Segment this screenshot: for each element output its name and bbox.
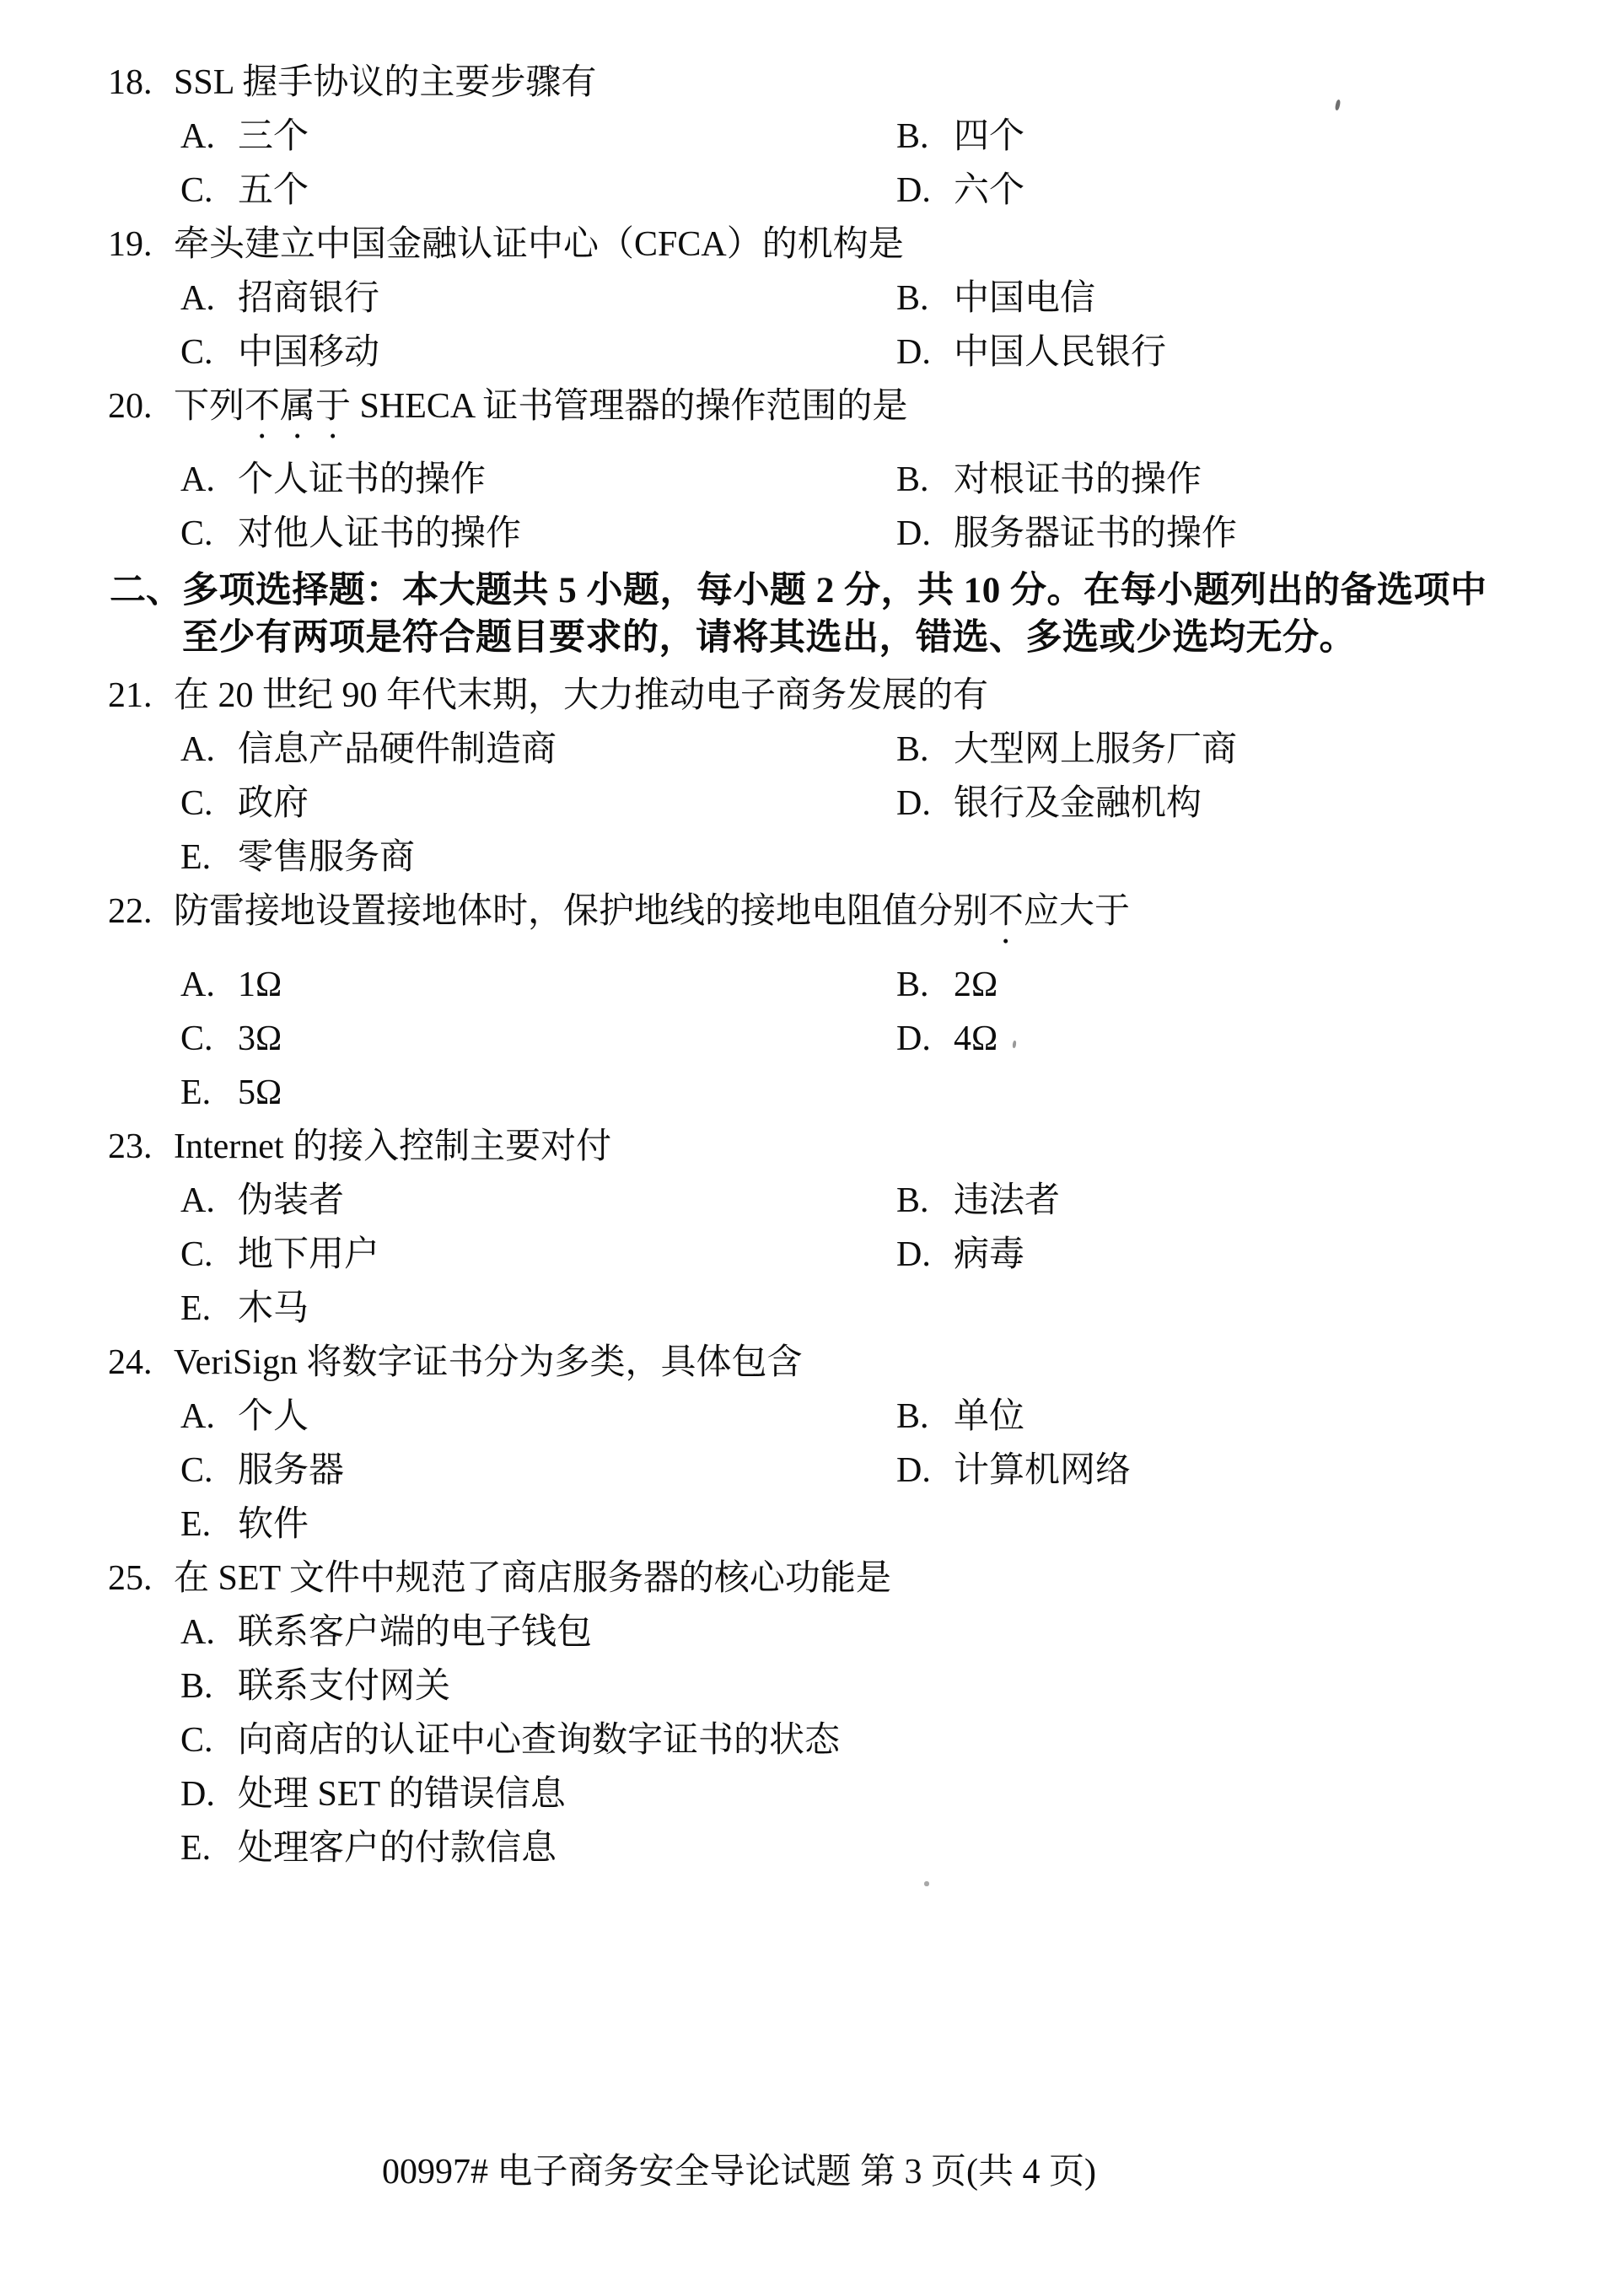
question-text-part: 不属于 [245,387,351,426]
question-line: 18.SSL 握手协议的主要步骤有 [108,62,1624,103]
option-letter: D. [896,170,954,211]
question-text-part: 牵头建立中国金融认证中心（CFCA）的机构是 [174,225,904,264]
option-row: C.地下用户D.病毒 [180,1234,1624,1275]
page-footer: 00997# 电子商务安全导论试题 第 3 页(共 4 页) [382,2152,1096,2192]
option-row: C.五个D.六个 [180,170,1624,211]
question-text-part: VeriSign 将数字证书分为多类，具体包含 [174,1343,803,1382]
option-letter: A. [180,1181,238,1221]
option: D.银行及金融机构 [896,783,1202,824]
option-text: 信息产品硬件制造商 [238,729,557,770]
question-line: 24.VeriSign 将数字证书分为多类，具体包含 [108,1342,1624,1383]
option-letter: E. [180,1073,238,1113]
option-text: 处理 SET 的错误信息 [238,1774,566,1815]
option-row: A.联系客户端的电子钱包 [180,1612,1624,1653]
question-text: VeriSign 将数字证书分为多类，具体包含 [174,1342,1624,1383]
option-text: 个人证书的操作 [238,460,486,500]
option-letter: C. [180,1019,238,1059]
option-row: A.招商银行B.中国电信 [180,278,1624,319]
option-row: C.对他人证书的操作D.服务器证书的操作 [180,514,1624,554]
option: C.服务器 [180,1450,896,1491]
option-letter: C. [180,332,238,373]
question-text-part: 不 [988,892,1024,931]
option-letter: B. [896,460,954,500]
option-text: 银行及金融机构 [954,783,1202,824]
question-group-single-choice: 18.SSL 握手协议的主要步骤有A.三个B.四个C.五个D.六个19.牵头建立… [0,62,1624,554]
question-line: 23.Internet 的接入控制主要对付 [108,1127,1624,1167]
option-text: 1Ω [238,965,282,1005]
option: D.六个 [896,170,1024,211]
option-text: 计算机网络 [954,1450,1131,1491]
option: A.招商银行 [180,278,896,319]
question-block: 24.VeriSign 将数字证书分为多类，具体包含A.个人B.单位C.服务器D… [0,1342,1624,1545]
option-letter: B. [896,278,954,319]
section-number: 二、 [110,567,182,662]
option-text: 中国移动 [238,332,379,373]
option-letter: B. [896,965,954,1005]
option-row: C.向商店的认证中心查询数字证书的状态 [180,1720,1624,1761]
option-text: 个人 [238,1396,309,1437]
option: D.服务器证书的操作 [896,514,1237,554]
option-letter: C. [180,783,238,824]
option-letter: C. [180,1450,238,1491]
question-text-part: 防雷接地设置接地体时，保护地线的接地电阻值分别 [174,892,988,931]
question-text-part: 在 20 世纪 90 年代末期，大力推动电子商务发展的有 [174,676,988,715]
option-row: E.5Ω [180,1073,1624,1113]
option-text: 4Ω [954,1019,998,1059]
option-row: E.处理客户的付款信息 [180,1828,1624,1869]
option-letter: A. [180,965,238,1005]
question-text: 在 SET 文件中规范了商店服务器的核心功能是 [174,1558,1624,1599]
option: C.五个 [180,170,896,211]
question-text-part: Internet 的接入控制主要对付 [174,1127,611,1166]
question-block: 25.在 SET 文件中规范了商店服务器的核心功能是A.联系客户端的电子钱包B.… [0,1558,1624,1869]
option-letter: B. [180,1666,238,1707]
option-row: B.联系支付网关 [180,1666,1624,1707]
question-line: 19.牵头建立中国金融认证中心（CFCA）的机构是 [108,224,1624,265]
question-text: 下列不属于 SHECA 证书管理器的操作范围的是 [174,386,1624,446]
option: A.个人证书的操作 [180,460,896,500]
option: B.违法者 [896,1181,1060,1221]
option: C.对他人证书的操作 [180,514,896,554]
option-row: A.个人证书的操作B.对根证书的操作 [180,460,1624,500]
option: E.5Ω [180,1073,896,1113]
option-letter: E. [180,837,238,878]
option: C.地下用户 [180,1234,896,1275]
option-text: 中国人民银行 [954,332,1166,373]
option-letter: D. [896,783,954,824]
option-row: A.伪装者B.违法者 [180,1181,1624,1221]
option: A.个人 [180,1396,896,1437]
question-number: 22. [108,891,174,951]
question-number: 20. [108,386,174,446]
option-row: C.服务器D.计算机网络 [180,1450,1624,1491]
option-text: 服务器 [238,1450,344,1491]
option-text: 服务器证书的操作 [954,514,1237,554]
option: D.病毒 [896,1234,1024,1275]
question-text: SSL 握手协议的主要步骤有 [174,62,1624,103]
option-letter: B. [896,1396,954,1437]
option-row: C.3ΩD.4Ω [180,1019,1624,1059]
scan-artifact [924,1881,929,1886]
option-letter: C. [180,514,238,554]
option-text: 三个 [238,116,309,157]
option: B.大型网上服务厂商 [896,729,1237,770]
option-text: 四个 [954,116,1024,157]
option-letter: A. [180,460,238,500]
option: D.处理 SET 的错误信息 [180,1774,566,1815]
option: A.1Ω [180,965,896,1005]
option-text: 对根证书的操作 [954,460,1202,500]
option-text: 五个 [238,170,309,211]
option-text: 政府 [238,783,309,824]
option-text: 2Ω [954,965,998,1005]
section-instructions-line-1: 多项选择题：本大题共 5 小题，每小题 2 分，共 10 分。在每小题列出的备选… [182,567,1582,615]
option-letter: D. [180,1774,238,1815]
question-text-part: 下列 [174,387,245,426]
option-letter: A. [180,1396,238,1437]
question-line: 22.防雷接地设置接地体时，保护地线的接地电阻值分别不应大于 [108,891,1624,951]
option-text: 木马 [238,1288,309,1329]
option-letter: C. [180,170,238,211]
option-text: 对他人证书的操作 [238,514,521,554]
question-line: 21.在 20 世纪 90 年代末期，大力推动电子商务发展的有 [108,675,1624,716]
question-text-part: SHECA 证书管理器的操作范围的是 [351,387,907,426]
option-row: A.信息产品硬件制造商B.大型网上服务厂商 [180,729,1624,770]
question-text-part: SSL 握手协议的主要步骤有 [174,63,596,102]
option-letter: A. [180,278,238,319]
option-row: C.政府D.银行及金融机构 [180,783,1624,824]
option-row: A.1ΩB.2Ω [180,965,1624,1005]
option-letter: D. [896,332,954,373]
option: D.4Ω [896,1019,998,1059]
option-letter: E. [180,1828,238,1869]
option: B.对根证书的操作 [896,460,1202,500]
option-letter: B. [896,1181,954,1221]
question-text: 防雷接地设置接地体时，保护地线的接地电阻值分别不应大于 [174,891,1624,951]
option-text: 地下用户 [238,1234,379,1275]
option-text: 3Ω [238,1019,282,1059]
option-letter: B. [896,729,954,770]
question-number: 21. [108,675,174,716]
option: E.木马 [180,1288,896,1329]
question-number: 23. [108,1127,174,1167]
option-letter: D. [896,1234,954,1275]
option-letter: E. [180,1288,238,1329]
option-text: 病毒 [954,1234,1024,1275]
option-row: A.个人B.单位 [180,1396,1624,1437]
question-block: 19.牵头建立中国金融认证中心（CFCA）的机构是A.招商银行B.中国电信C.中… [0,224,1624,373]
section-2-header: 二、 多项选择题：本大题共 5 小题，每小题 2 分，共 10 分。在每小题列出… [110,567,1582,662]
option-text: 向商店的认证中心查询数字证书的状态 [238,1720,840,1761]
option-row: D.处理 SET 的错误信息 [180,1774,1624,1815]
option: E.处理客户的付款信息 [180,1828,557,1869]
question-text: 牵头建立中国金融认证中心（CFCA）的机构是 [174,224,1624,265]
option-text: 软件 [238,1504,309,1545]
question-line: 20.下列不属于 SHECA 证书管理器的操作范围的是 [108,386,1624,446]
section-instructions-line-2: 至少有两项是符合题目要求的，请将其选出，错选、多选或少选均无分。 [182,615,1582,662]
option-letter: B. [896,116,954,157]
question-text-part: 应大于 [1024,892,1130,931]
option: E.软件 [180,1504,896,1545]
option-text: 5Ω [238,1073,282,1113]
option: B.联系支付网关 [180,1666,450,1707]
question-block: 20.下列不属于 SHECA 证书管理器的操作范围的是A.个人证书的操作B.对根… [0,386,1624,554]
question-number: 25. [108,1558,174,1599]
option: D.中国人民银行 [896,332,1166,373]
option: E.零售服务商 [180,837,896,878]
option: A.伪装者 [180,1181,896,1221]
option: B.中国电信 [896,278,1095,319]
option: B.单位 [896,1396,1024,1437]
option: C.中国移动 [180,332,896,373]
option-row: C.中国移动D.中国人民银行 [180,332,1624,373]
option-letter: A. [180,116,238,157]
option-letter: A. [180,1612,238,1653]
option-letter: E. [180,1504,238,1545]
question-text-part: 在 SET 文件中规范了商店服务器的核心功能是 [174,1559,891,1598]
question-text: 在 20 世纪 90 年代末期，大力推动电子商务发展的有 [174,675,1624,716]
option-text: 伪装者 [238,1181,344,1221]
option-text: 联系支付网关 [238,1666,450,1707]
option: A.信息产品硬件制造商 [180,729,896,770]
question-number: 19. [108,224,174,265]
option: C.向商店的认证中心查询数字证书的状态 [180,1720,840,1761]
option-text: 大型网上服务厂商 [954,729,1237,770]
option-row: E.木马 [180,1288,1624,1329]
question-group-multi-choice: 21.在 20 世纪 90 年代末期，大力推动电子商务发展的有A.信息产品硬件制… [0,675,1624,1869]
option-text: 中国电信 [954,278,1095,319]
option-text: 违法者 [954,1181,1060,1221]
option-text: 处理客户的付款信息 [238,1828,557,1869]
exam-page: 18.SSL 握手协议的主要步骤有A.三个B.四个C.五个D.六个19.牵头建立… [0,0,1624,2275]
option-letter: D. [896,514,954,554]
option-text: 联系客户端的电子钱包 [238,1612,592,1653]
option: A.三个 [180,116,896,157]
option-letter: C. [180,1234,238,1275]
option: A.联系客户端的电子钱包 [180,1612,592,1653]
option-text: 招商银行 [238,278,379,319]
option-letter: D. [896,1450,954,1491]
option-text: 单位 [954,1396,1024,1437]
option: B.2Ω [896,965,998,1005]
question-block: 18.SSL 握手协议的主要步骤有A.三个B.四个C.五个D.六个 [0,62,1624,211]
option: C.3Ω [180,1019,896,1059]
question-block: 23.Internet 的接入控制主要对付A.伪装者B.违法者C.地下用户D.病… [0,1127,1624,1329]
question-block: 21.在 20 世纪 90 年代末期，大力推动电子商务发展的有A.信息产品硬件制… [0,675,1624,878]
question-number: 24. [108,1342,174,1383]
option-row: E.零售服务商 [180,837,1624,878]
option: D.计算机网络 [896,1450,1131,1491]
option-row: A.三个B.四个 [180,116,1624,157]
option-letter: C. [180,1720,238,1761]
question-block: 22.防雷接地设置接地体时，保护地线的接地电阻值分别不应大于A.1ΩB.2ΩC.… [0,891,1624,1113]
option-row: E.软件 [180,1504,1624,1545]
question-line: 25.在 SET 文件中规范了商店服务器的核心功能是 [108,1558,1624,1599]
option: C.政府 [180,783,896,824]
option: B.四个 [896,116,1024,157]
option-text: 六个 [954,170,1024,211]
question-number: 18. [108,62,174,103]
option-letter: D. [896,1019,954,1059]
section-instructions: 多项选择题：本大题共 5 小题，每小题 2 分，共 10 分。在每小题列出的备选… [182,567,1582,662]
option-letter: A. [180,729,238,770]
question-text: Internet 的接入控制主要对付 [174,1127,1624,1167]
option-text: 零售服务商 [238,837,415,878]
